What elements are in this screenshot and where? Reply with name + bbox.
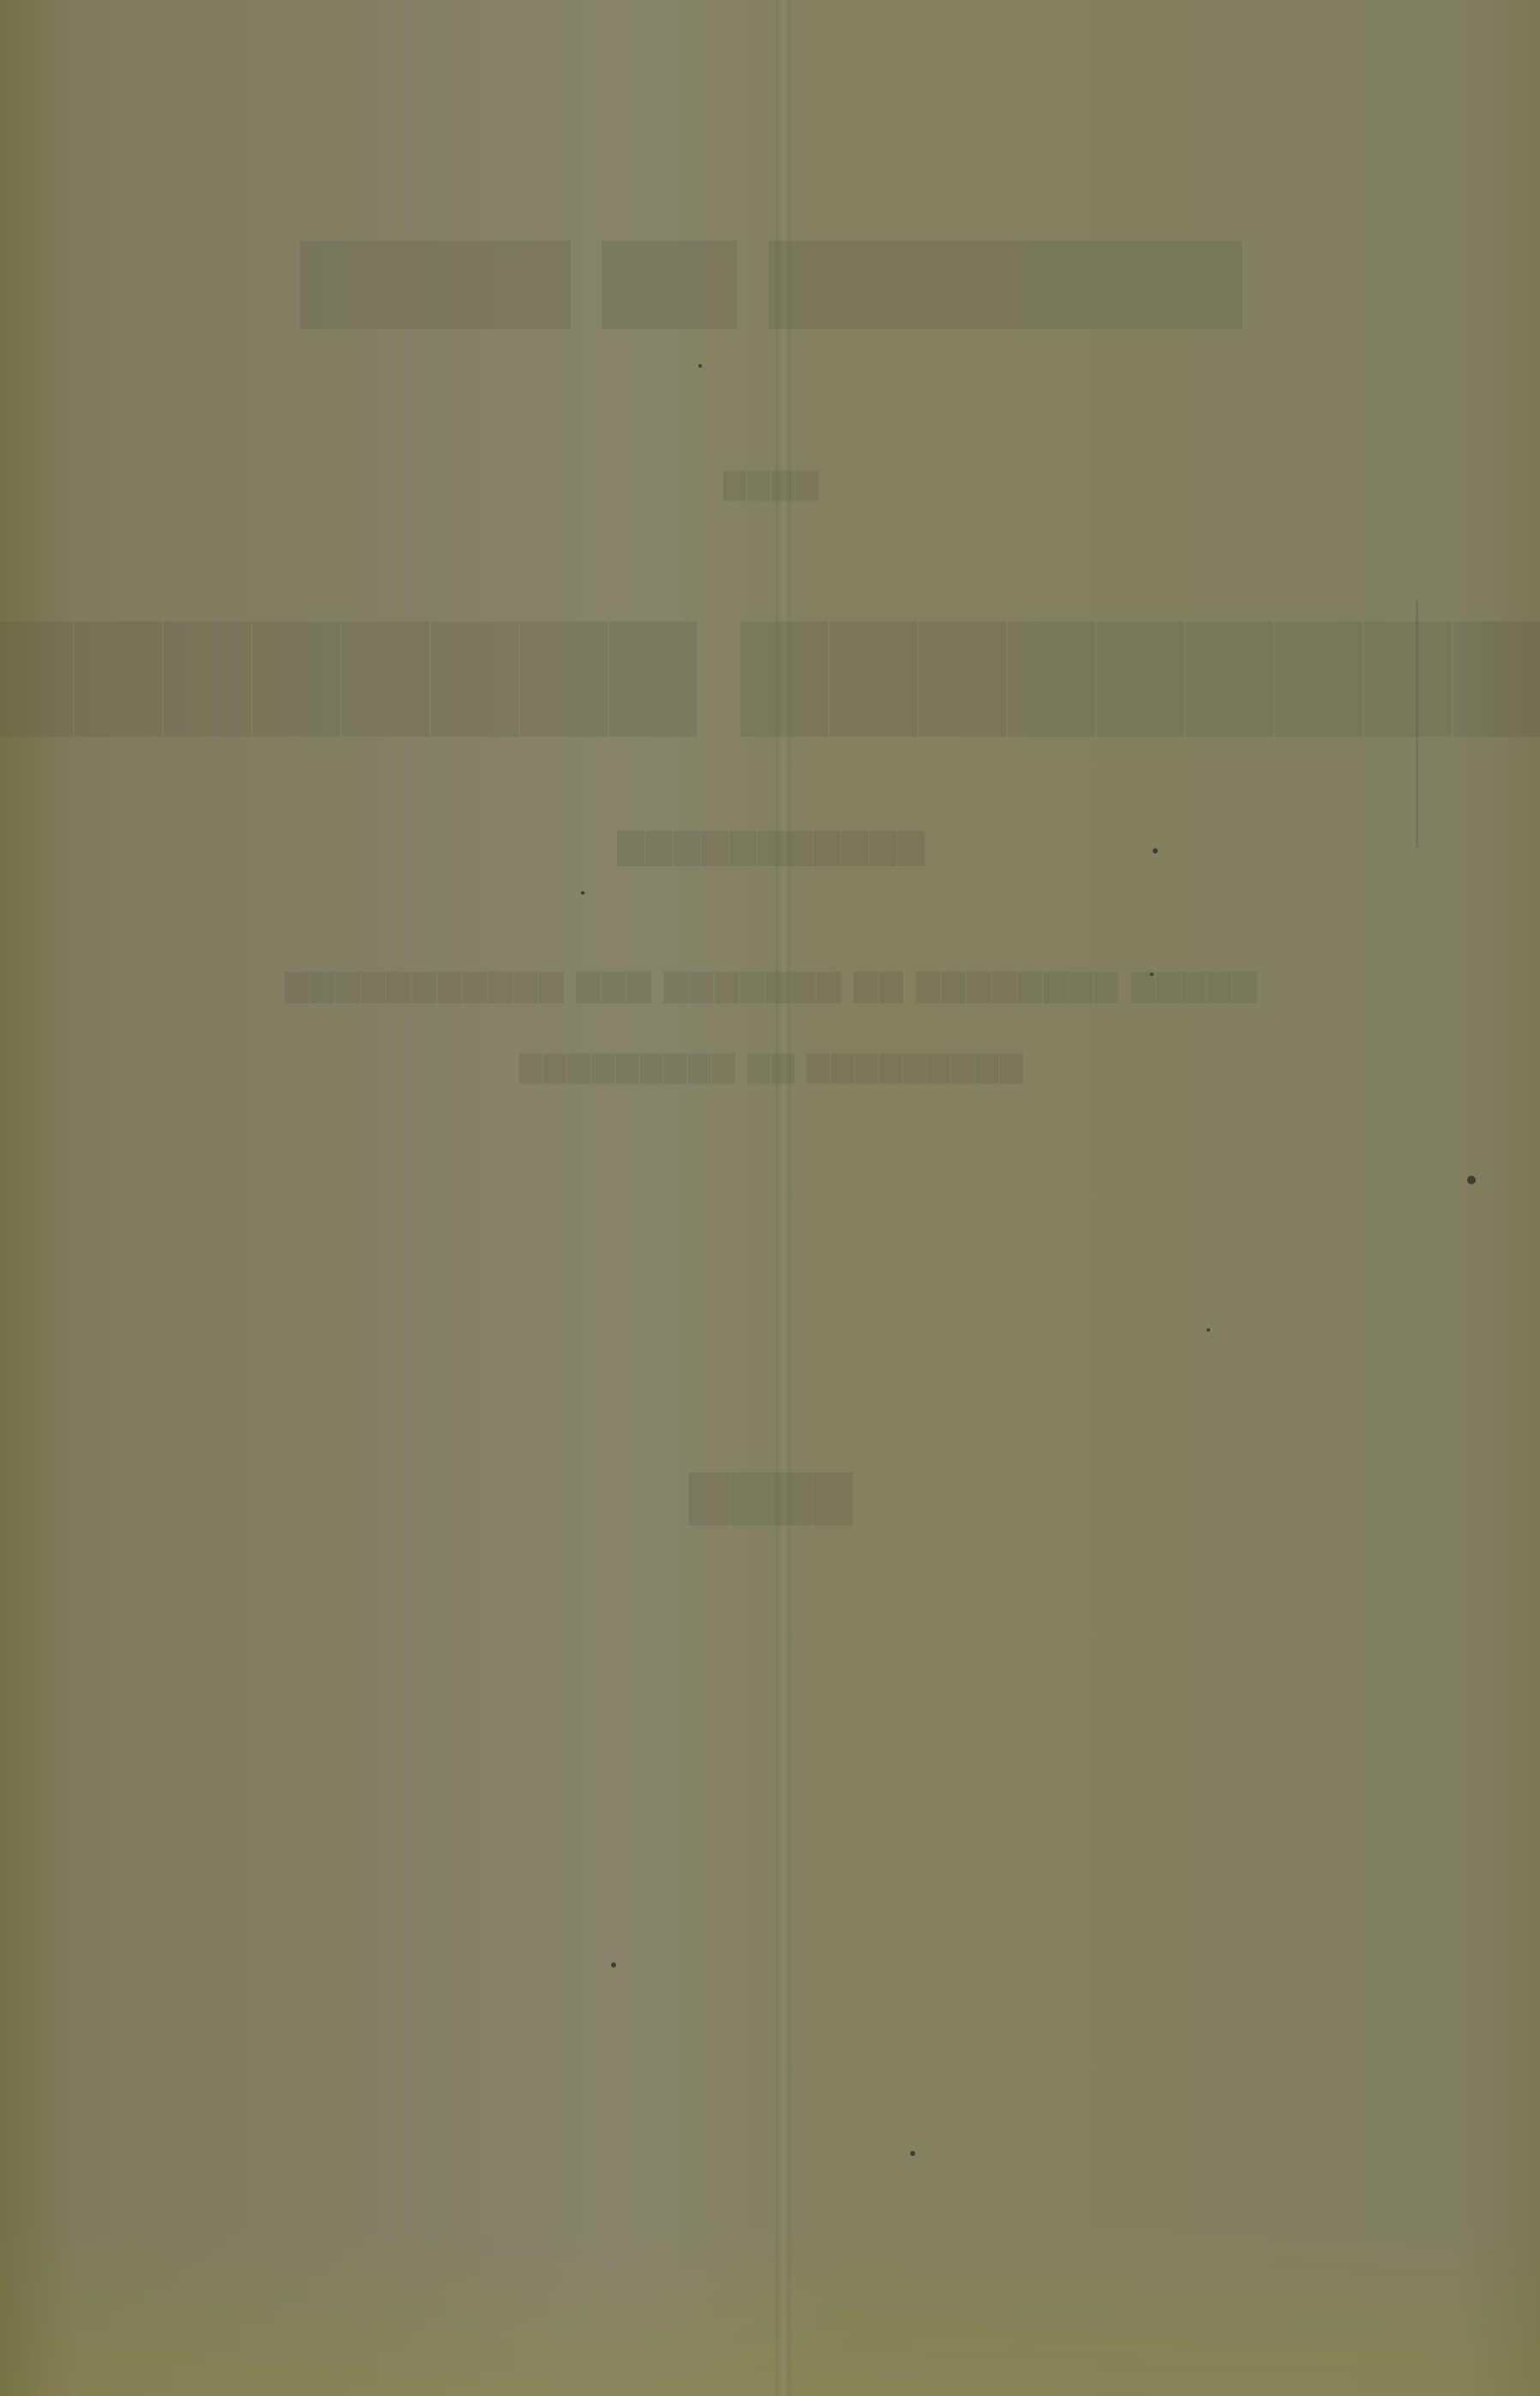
paper-speck: [1207, 1328, 1210, 1332]
bleed-through-heading: ▇▇▇▇▇▇▇ ▇▇ ▇▇▇▇: [0, 227, 1540, 328]
bleed-through-line: ▇▇▇▇▇ ▇▇▇▇▇▇▇▇ ▇▇ ▇▇▇▇▇▇▇ ▇▇▇ ▇▇▇▇▇▇▇▇▇▇…: [0, 968, 1540, 1003]
paper-speck: [1153, 848, 1158, 854]
bleed-through-title: ▇▇▇▇▇▇▇▇▇ ▇▇▇▇▇▇▇▇▇▇: [0, 604, 1540, 735]
bleed-through-date: ▇▇▇▇: [0, 1465, 1540, 1525]
center-fold: [776, 0, 791, 2396]
paper-speck: [698, 364, 702, 368]
paper-speck: [910, 2151, 915, 2156]
bleed-through-line: ▇▇▇▇▇▇▇▇▇▇▇: [0, 827, 1540, 866]
bleed-through-bracket: [1381, 600, 1418, 848]
paper-speck: [581, 891, 584, 895]
scanned-page: ▇▇▇▇▇▇▇ ▇▇ ▇▇▇▇ ▇▇▇▇ ▇▇▇▇▇▇▇▇▇ ▇▇▇▇▇▇▇▇▇…: [0, 0, 1540, 2396]
bleed-through-line: ▇▇▇▇▇▇▇▇▇ ▇▇ ▇▇▇▇▇▇▇▇▇: [0, 1050, 1540, 1084]
paper-speck: [1467, 1176, 1476, 1184]
paper-speck: [611, 1962, 616, 1968]
paper-speck: [1150, 973, 1154, 976]
bleed-through-line: ▇▇▇▇: [0, 467, 1540, 501]
